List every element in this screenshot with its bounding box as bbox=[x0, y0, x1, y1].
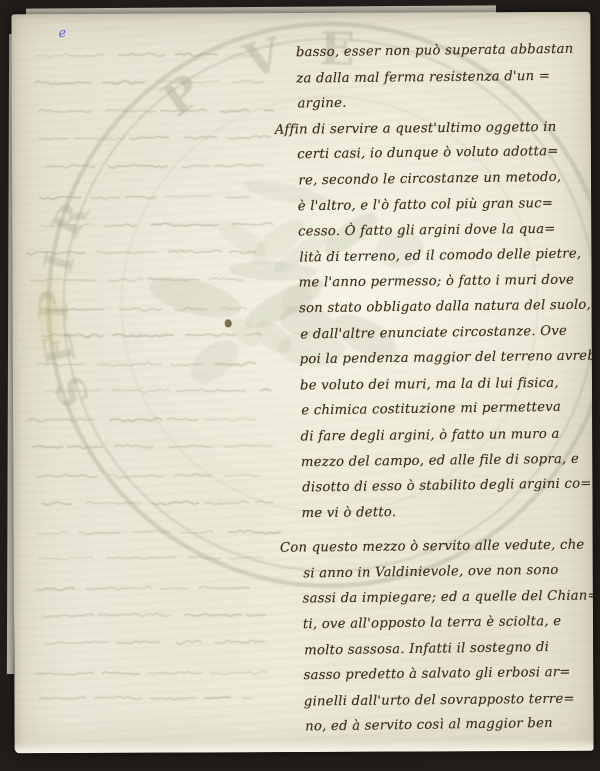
manuscript-line: si anno in Valdinievole, ove non sono bbox=[303, 557, 594, 587]
blue-annotation-mark: e bbox=[57, 26, 67, 42]
ink-spot bbox=[225, 319, 232, 327]
manuscript-line: e chimica costituzione mi permetteva bbox=[301, 395, 593, 425]
manuscript-line: mezzo del campo, ed alle file di sopra, … bbox=[301, 446, 594, 475]
manuscript-text: basso, esser non può superata abbastanza… bbox=[296, 37, 594, 741]
manuscript-line: basso, esser non può superata abbastan bbox=[296, 37, 594, 66]
manuscript-line: sassi da impiegare; ed a quelle del Chia… bbox=[302, 584, 593, 613]
manuscript-line: è l'altro, e l'ò fatto col più gran suc= bbox=[298, 190, 594, 219]
manuscript-line: sasso predetto à salvato gli erbosi ar= bbox=[303, 660, 593, 689]
manuscript-line: poi la pendenza maggior del terreno avre… bbox=[300, 344, 594, 373]
manuscript-line: disotto di esso ò stabilito degli argini… bbox=[302, 471, 594, 501]
scan-background: PVERIPES e basso, esser non può superata… bbox=[0, 0, 600, 771]
svg-text:V: V bbox=[237, 27, 288, 89]
svg-text:P: P bbox=[152, 63, 211, 127]
manuscript-line: son stato obbligato dalla natura del suo… bbox=[299, 292, 594, 321]
manuscript-line: re, secondo le circostanze un metodo, bbox=[298, 164, 593, 194]
manuscript-page: PVERIPES e basso, esser non può superata… bbox=[11, 12, 593, 754]
manuscript-line: argine. bbox=[297, 87, 593, 117]
svg-text:R: R bbox=[42, 193, 99, 245]
manuscript-line: no, ed à servito così al maggior ben bbox=[305, 711, 594, 741]
svg-text:P: P bbox=[30, 290, 78, 321]
manuscript-line: ti, ove all'opposto la terra è sciolta, … bbox=[303, 609, 594, 638]
manuscript-line: Affin di servire a quest'ultimo oggetto … bbox=[275, 114, 594, 143]
manuscript-line: molto sassosa. Infatti il sostegno di bbox=[304, 634, 594, 664]
manuscript-line: di fare degli argini, ò fatto un muro a bbox=[300, 421, 593, 450]
manuscript-line: me l'anno permesso; ò fatto i muri dove bbox=[299, 268, 594, 297]
manuscript-line: lità di terreno, ed il comodo delle piet… bbox=[299, 241, 593, 271]
manuscript-line: me vi ò detto. bbox=[301, 497, 593, 526]
manuscript-line: cesso. Ò fatto gli argini dove la qua= bbox=[298, 217, 594, 246]
manuscript-line: certi casi, io dunque ò voluto adotta= bbox=[297, 139, 594, 168]
manuscript-line: e dall'altre enunciate circostanze. Ove bbox=[300, 318, 593, 348]
